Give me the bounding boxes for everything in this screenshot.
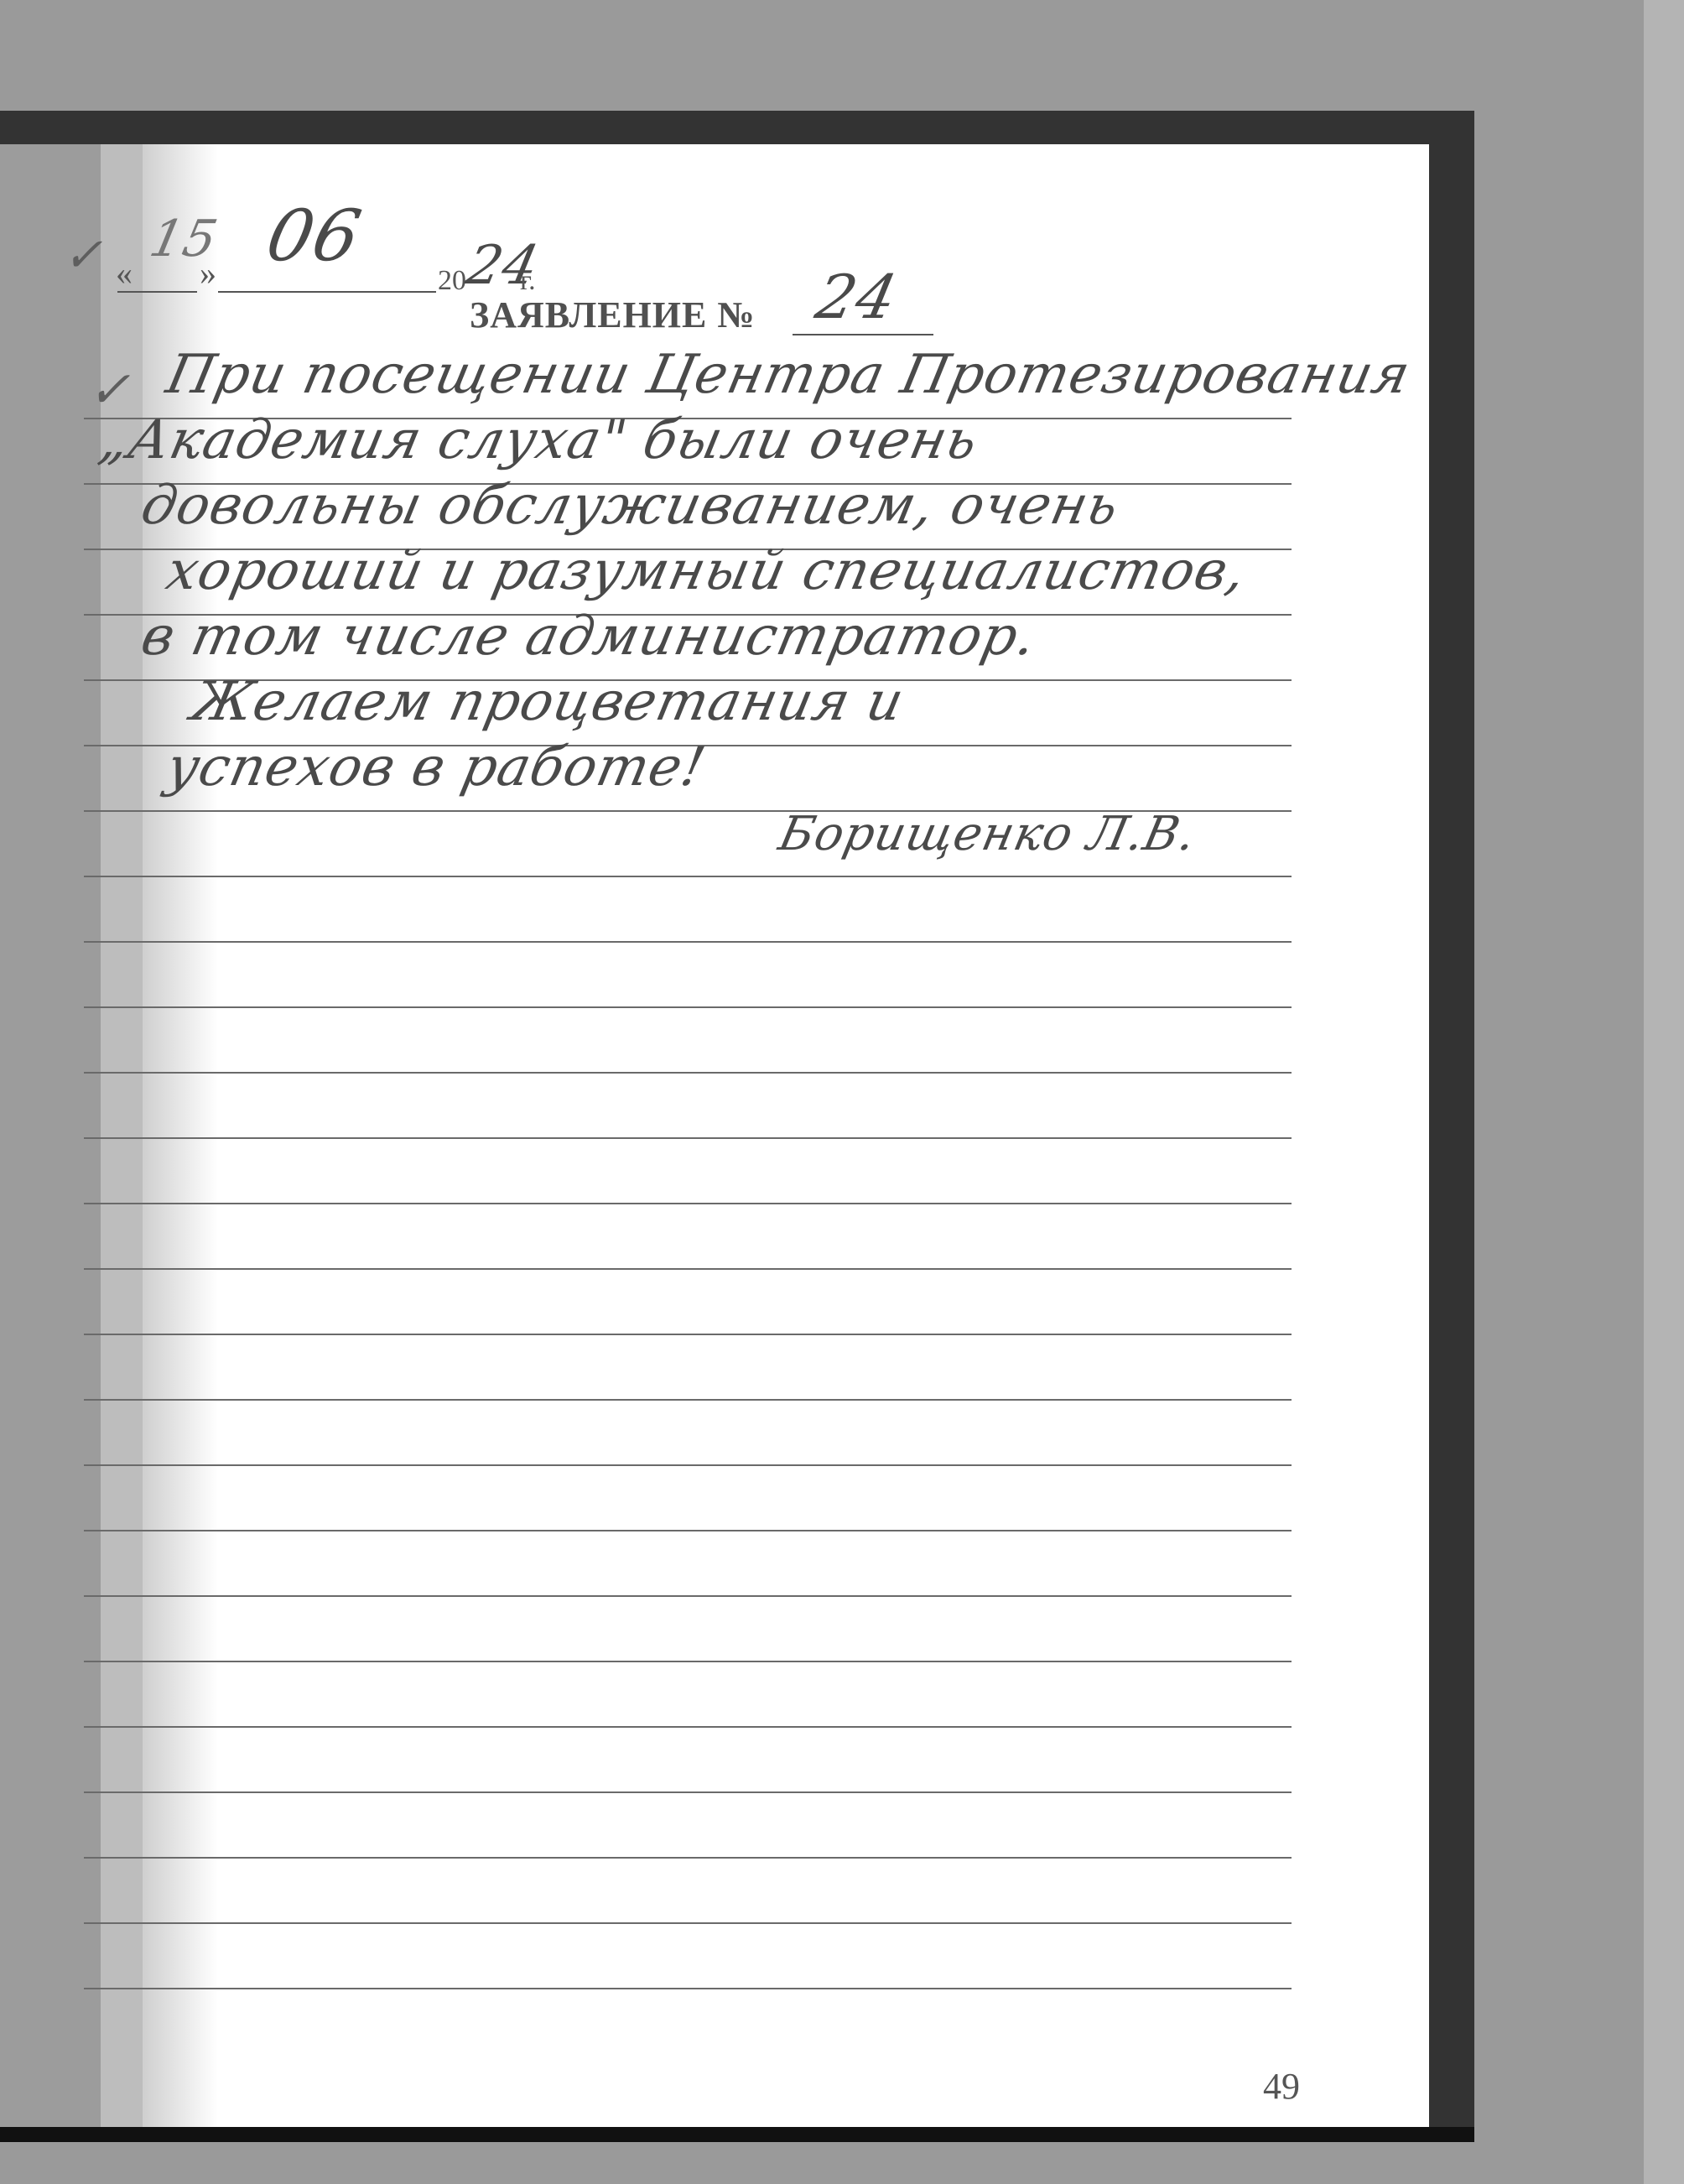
date-open-quote: « (116, 253, 133, 293)
ruled-line (84, 1268, 1292, 1270)
document-title: ЗАЯВЛЕНИЕ № (470, 294, 756, 336)
date-day-line (117, 291, 197, 293)
body-line: При посещении Центра Протезирования (161, 344, 1416, 406)
body-line: в том числе администратор. (136, 606, 1042, 668)
date-month: 06 (260, 195, 369, 277)
body-line: Желаем процветания и (186, 671, 909, 733)
ruled-line (84, 1530, 1292, 1531)
ruled-line (84, 941, 1292, 943)
binding-gutter (0, 144, 101, 2127)
background-right (1644, 0, 1684, 2184)
ruled-line (84, 1464, 1292, 1466)
ruled-line (84, 1595, 1292, 1597)
ruled-line (84, 1988, 1292, 1989)
body-line: „Академия слуха" были очень (94, 409, 984, 471)
body-line: довольны обслуживанием, очень (136, 475, 1125, 537)
ruled-line (84, 1791, 1292, 1793)
check-mark-icon: ✓ (60, 228, 113, 283)
journal-page: ✓ « 15 » 06 20 24 г. ЗАЯВЛЕНИЕ № 24 ✓ Пр… (0, 144, 1429, 2127)
date-close-quote: » (200, 253, 216, 293)
body-line: успехов в работе! (161, 736, 711, 798)
ruled-line (84, 1726, 1292, 1728)
ruled-line (84, 1006, 1292, 1008)
ruled-line (84, 1072, 1292, 1074)
date-row: ✓ « 15 » 06 20 24 г. (67, 195, 822, 287)
page-number: 49 (1263, 2065, 1300, 2108)
ruled-line (84, 1137, 1292, 1139)
body-line: хороший и разумный специалистов, (161, 540, 1251, 602)
ruled-line (84, 1399, 1292, 1401)
date-month-line (218, 291, 436, 293)
date-year-abbrev: г. (520, 265, 536, 297)
ruled-line (84, 1922, 1292, 1924)
ruled-line (84, 1661, 1292, 1662)
ruled-line (84, 1334, 1292, 1335)
entry-number-line (793, 334, 933, 335)
ruled-line (84, 1203, 1292, 1204)
entry-number: 24 (810, 262, 903, 332)
cover-bottom-shadow (0, 2127, 1474, 2142)
title-prefix: ЗАЯВЛЕНИЕ № (470, 294, 756, 335)
ruled-line (84, 876, 1292, 877)
signature: Борищенко Л.В. (774, 807, 1201, 861)
ruled-line (84, 1857, 1292, 1859)
